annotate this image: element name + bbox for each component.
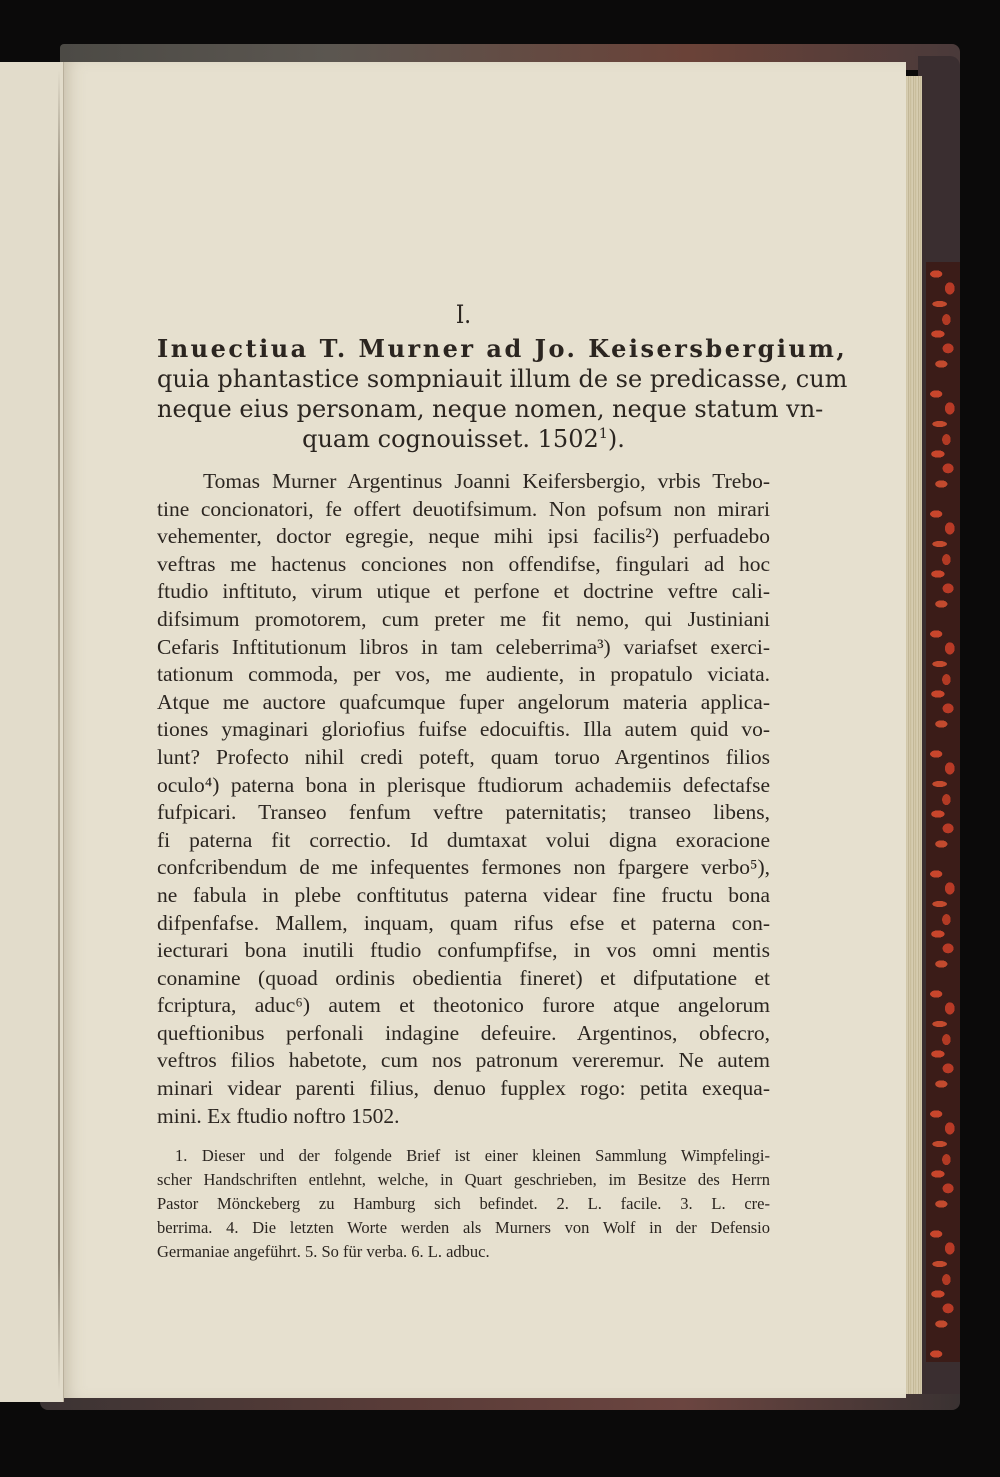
body-line: tine concionatori, fe offert deuotifsimu… bbox=[157, 496, 770, 524]
body-line: fcriptura, aduc⁶) autem et theotonico fu… bbox=[157, 992, 770, 1020]
body-line: lunt? Profecto nihil credi poteft, quam … bbox=[157, 744, 770, 772]
footnote-line: berrima. 4. Die letzten Worte werden als… bbox=[157, 1216, 770, 1240]
body-line: veftros filios habetote, cum nos patronu… bbox=[157, 1047, 770, 1075]
body-line: iecturari bona inutili ftudio confumpfif… bbox=[157, 937, 770, 965]
body-line: vehementer, doctor egregie, neque mihi i… bbox=[157, 523, 770, 551]
gutter-line bbox=[58, 70, 60, 1390]
letter-body: Tomas Murner Argentinus Joanni Keifersbe… bbox=[157, 468, 770, 1130]
letter-heading: Inuectiua T. Murner ad Jo. Keisersbergiu… bbox=[157, 334, 770, 454]
heading-line: quia phantastice sompniauit illum de se … bbox=[157, 364, 770, 394]
footnotes: 1. Dieser und der folgende Brief ist ein… bbox=[157, 1144, 770, 1264]
body-line: difpenfafse. Mallem, inquam, quam rifus … bbox=[157, 910, 770, 938]
body-line: Cefaris Inftitutionum libros in tam cele… bbox=[157, 634, 770, 662]
body-line: queftionibus perfonali indagine defeuire… bbox=[157, 1020, 770, 1048]
heading-line-last: quam cognouisset. 15021). bbox=[157, 424, 770, 454]
body-line: conamine (quoad ordinis obedientia finer… bbox=[157, 965, 770, 993]
body-line: ftudio inftituto, virum utique et perfon… bbox=[157, 578, 770, 606]
body-line: tationum commoda, per vos, me audiente, … bbox=[157, 661, 770, 689]
body-line: Tomas Murner Argentinus Joanni Keifersbe… bbox=[157, 468, 770, 496]
footnote-line: 1. Dieser und der folgende Brief ist ein… bbox=[157, 1144, 770, 1168]
body-line: tiones ymaginari gloriofius fuifse edocu… bbox=[157, 716, 770, 744]
body-line: Atque me auctore quafcumque fuper angelo… bbox=[157, 689, 770, 717]
body-line: confcribendum de me infequentes fermones… bbox=[157, 854, 770, 882]
body-line: veftras me hactenus conciones non offend… bbox=[157, 551, 770, 579]
body-line: minari videar parenti filius, denuo fupp… bbox=[157, 1075, 770, 1103]
heading-line: Inuectiua T. Murner ad Jo. Keisersbergiu… bbox=[157, 334, 770, 364]
footnote-line: scher Handschriften entlehnt, welche, in… bbox=[157, 1168, 770, 1192]
body-line: fi paterna fit correctio. Id dumtaxat vo… bbox=[157, 827, 770, 855]
heading-line: neque eius personam, neque nomen, neque … bbox=[157, 394, 770, 424]
footnote-line: Germaniae angeführt. 5. So für verba. 6.… bbox=[157, 1240, 770, 1264]
marbled-cover-pattern bbox=[926, 262, 960, 1362]
body-line: fufpicari. Transeo fenfum veftre paterni… bbox=[157, 799, 770, 827]
left-page bbox=[0, 62, 64, 1402]
heading-end: ). bbox=[608, 425, 625, 453]
heading-text: quam cognouisset. 1502 bbox=[302, 425, 599, 453]
page-text-block: I. Inuectiua T. Murner ad Jo. Keisersber… bbox=[157, 300, 770, 1264]
body-line: difsimum promotorem, cum preter me fit n… bbox=[157, 606, 770, 634]
body-line: mini. Ex ftudio noftro 1502. bbox=[157, 1103, 770, 1131]
page-fore-edge bbox=[904, 76, 922, 1394]
footnote-ref: 1 bbox=[599, 426, 608, 442]
footnote-line: Pastor Mönckeberg zu Hamburg sich befind… bbox=[157, 1192, 770, 1216]
section-number: I. bbox=[203, 300, 724, 330]
body-line: oculo⁴) paterna bona in plerisque ftudio… bbox=[157, 772, 770, 800]
body-line: ne fabula in plebe conftitutus paterna v… bbox=[157, 882, 770, 910]
